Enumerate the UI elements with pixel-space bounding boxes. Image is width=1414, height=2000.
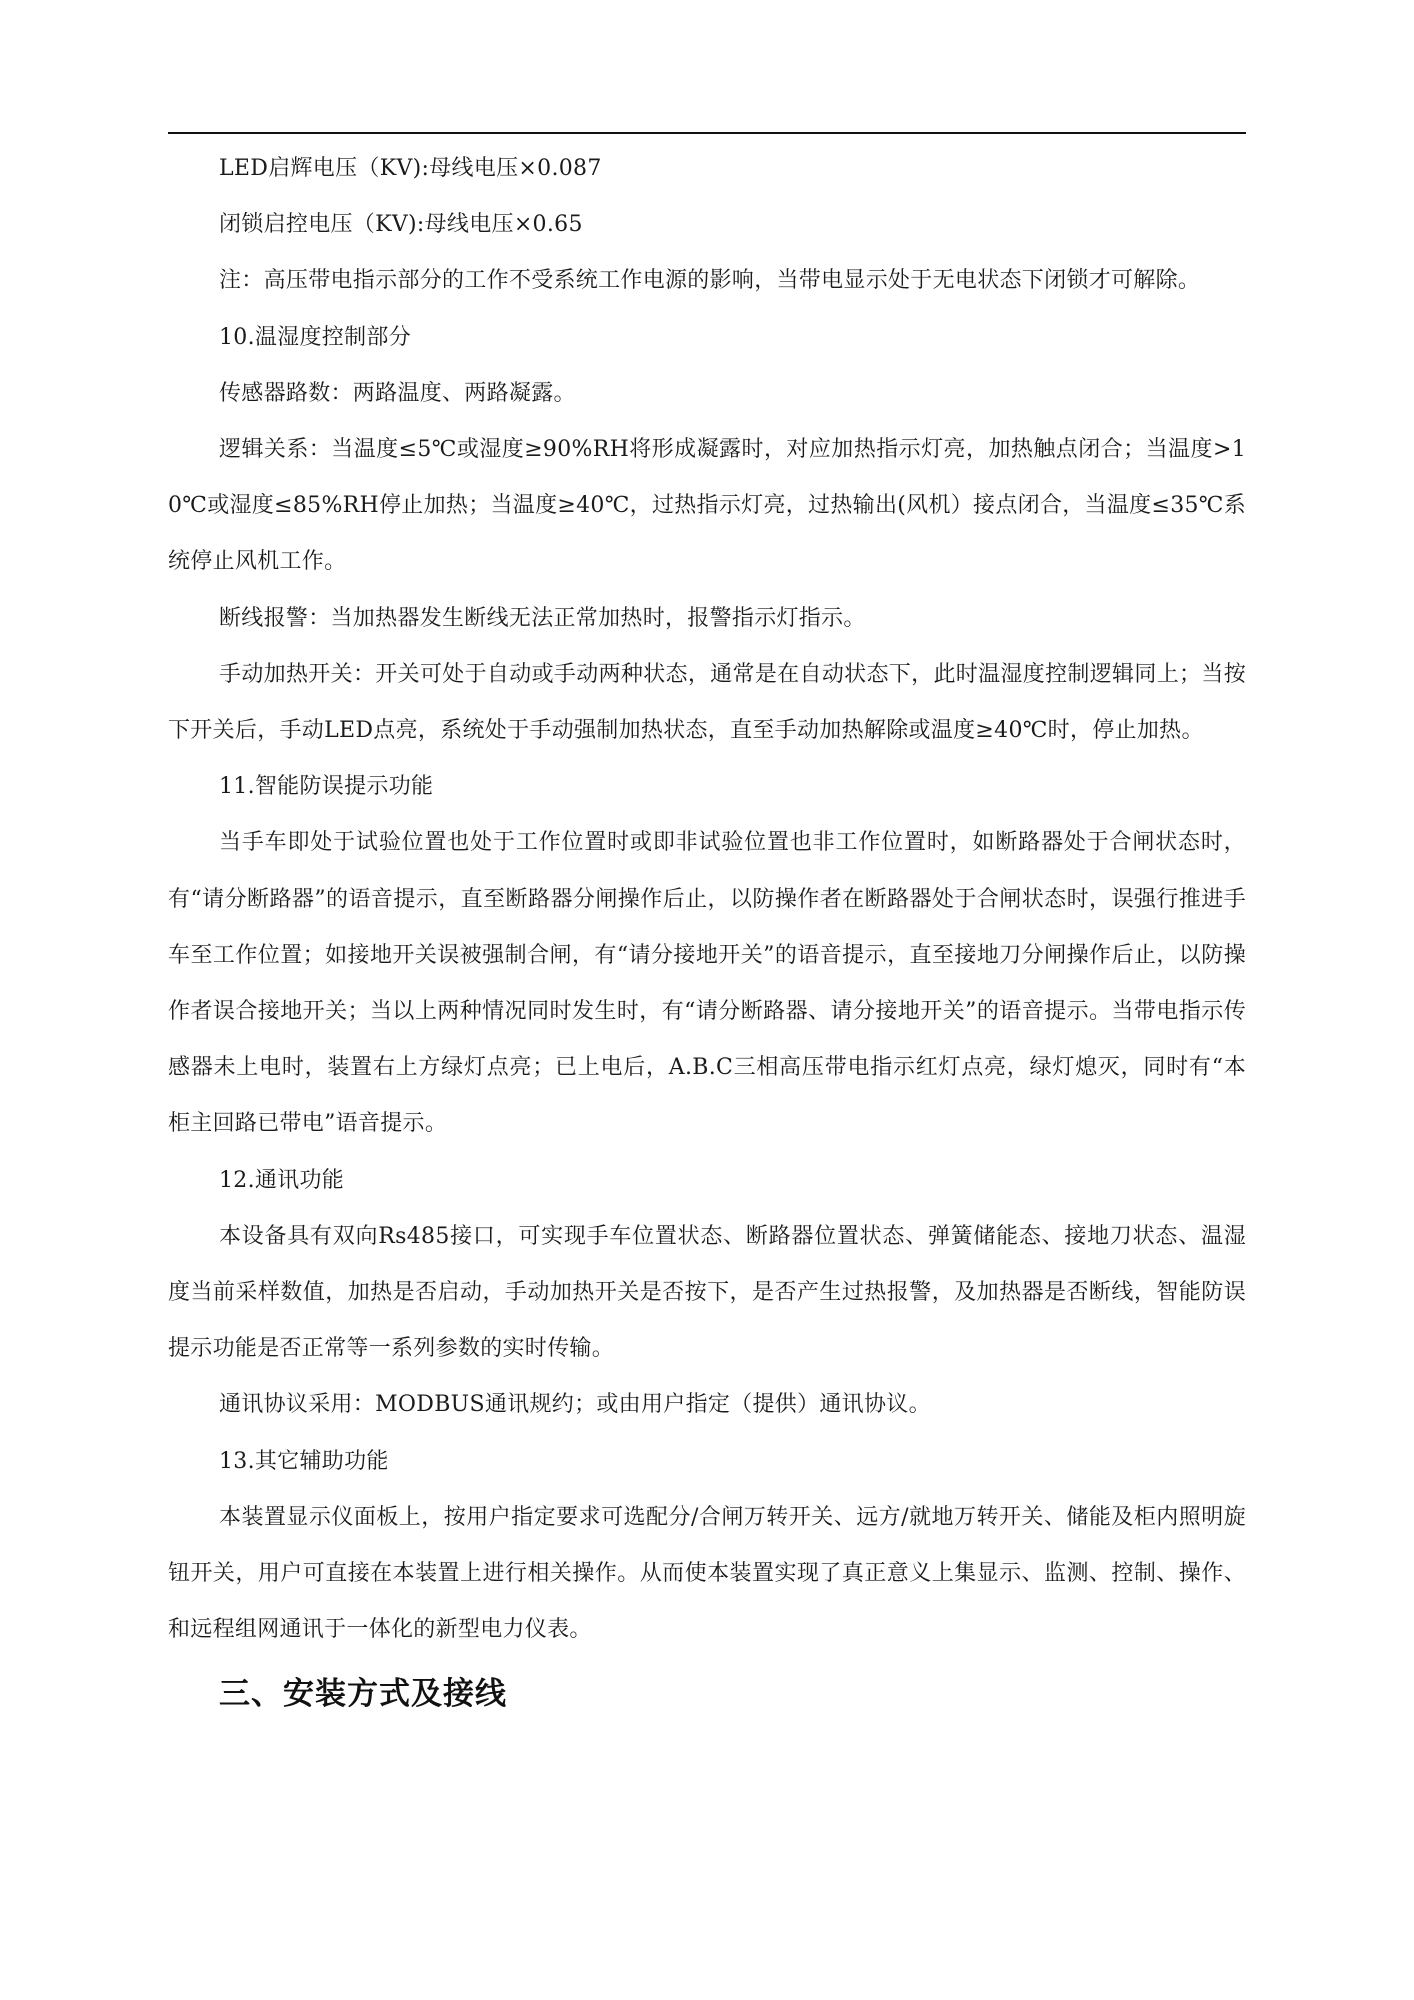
note-paragraph: 注：高压带电指示部分的工作不受系统工作电源的影响，当带电显示处于无电状态下闭锁才…	[168, 253, 1246, 309]
section-12-title: 12.通讯功能	[168, 1153, 1246, 1209]
sensor-count-line: 传感器路数：两路温度、两路凝露。	[168, 366, 1246, 422]
break-alarm-line: 断线报警：当加热器发生断线无法正常加热时，报警指示灯指示。	[168, 591, 1246, 647]
led-voltage-line: LED启辉电压（KV):母线电压×0.087	[168, 141, 1246, 197]
logic-paragraph: 逻辑关系：当温度≤5℃或湿度≥90%RH将形成凝露时，对应加热指示灯亮，加热触点…	[168, 422, 1246, 591]
aux-desc-paragraph: 本装置显示仪面板上，按用户指定要求可选配分/合闸万转开关、远方/就地万转开关、储…	[168, 1490, 1246, 1659]
manual-heat-paragraph: 手动加热开关：开关可处于自动或手动两种状态，通常是在自动状态下，此时温湿度控制逻…	[168, 647, 1246, 759]
page-body: LED启辉电压（KV):母线电压×0.087 闭锁启控电压（KV):母线电压×0…	[168, 141, 1246, 1724]
comm-protocol-line: 通讯协议采用：MODBUS通讯规约；或由用户指定（提供）通讯协议。	[168, 1377, 1246, 1433]
comm-desc-paragraph: 本设备具有双向Rs485接口，可实现手车位置状态、断路器位置状态、弹簧储能态、接…	[168, 1209, 1246, 1378]
section-10-title: 10.温湿度控制部分	[168, 310, 1246, 366]
header-rule	[168, 132, 1246, 134]
section-13-title: 13.其它辅助功能	[168, 1434, 1246, 1490]
chapter-heading: 三、安装方式及接线	[168, 1664, 1246, 1724]
anti-misoperation-paragraph: 当手车即处于试验位置也处于工作位置时或即非试验位置也非工作位置时，如断路器处于合…	[168, 815, 1246, 1152]
section-11-title: 11.智能防误提示功能	[168, 759, 1246, 815]
lock-voltage-line: 闭锁启控电压（KV):母线电压×0.65	[168, 197, 1246, 253]
